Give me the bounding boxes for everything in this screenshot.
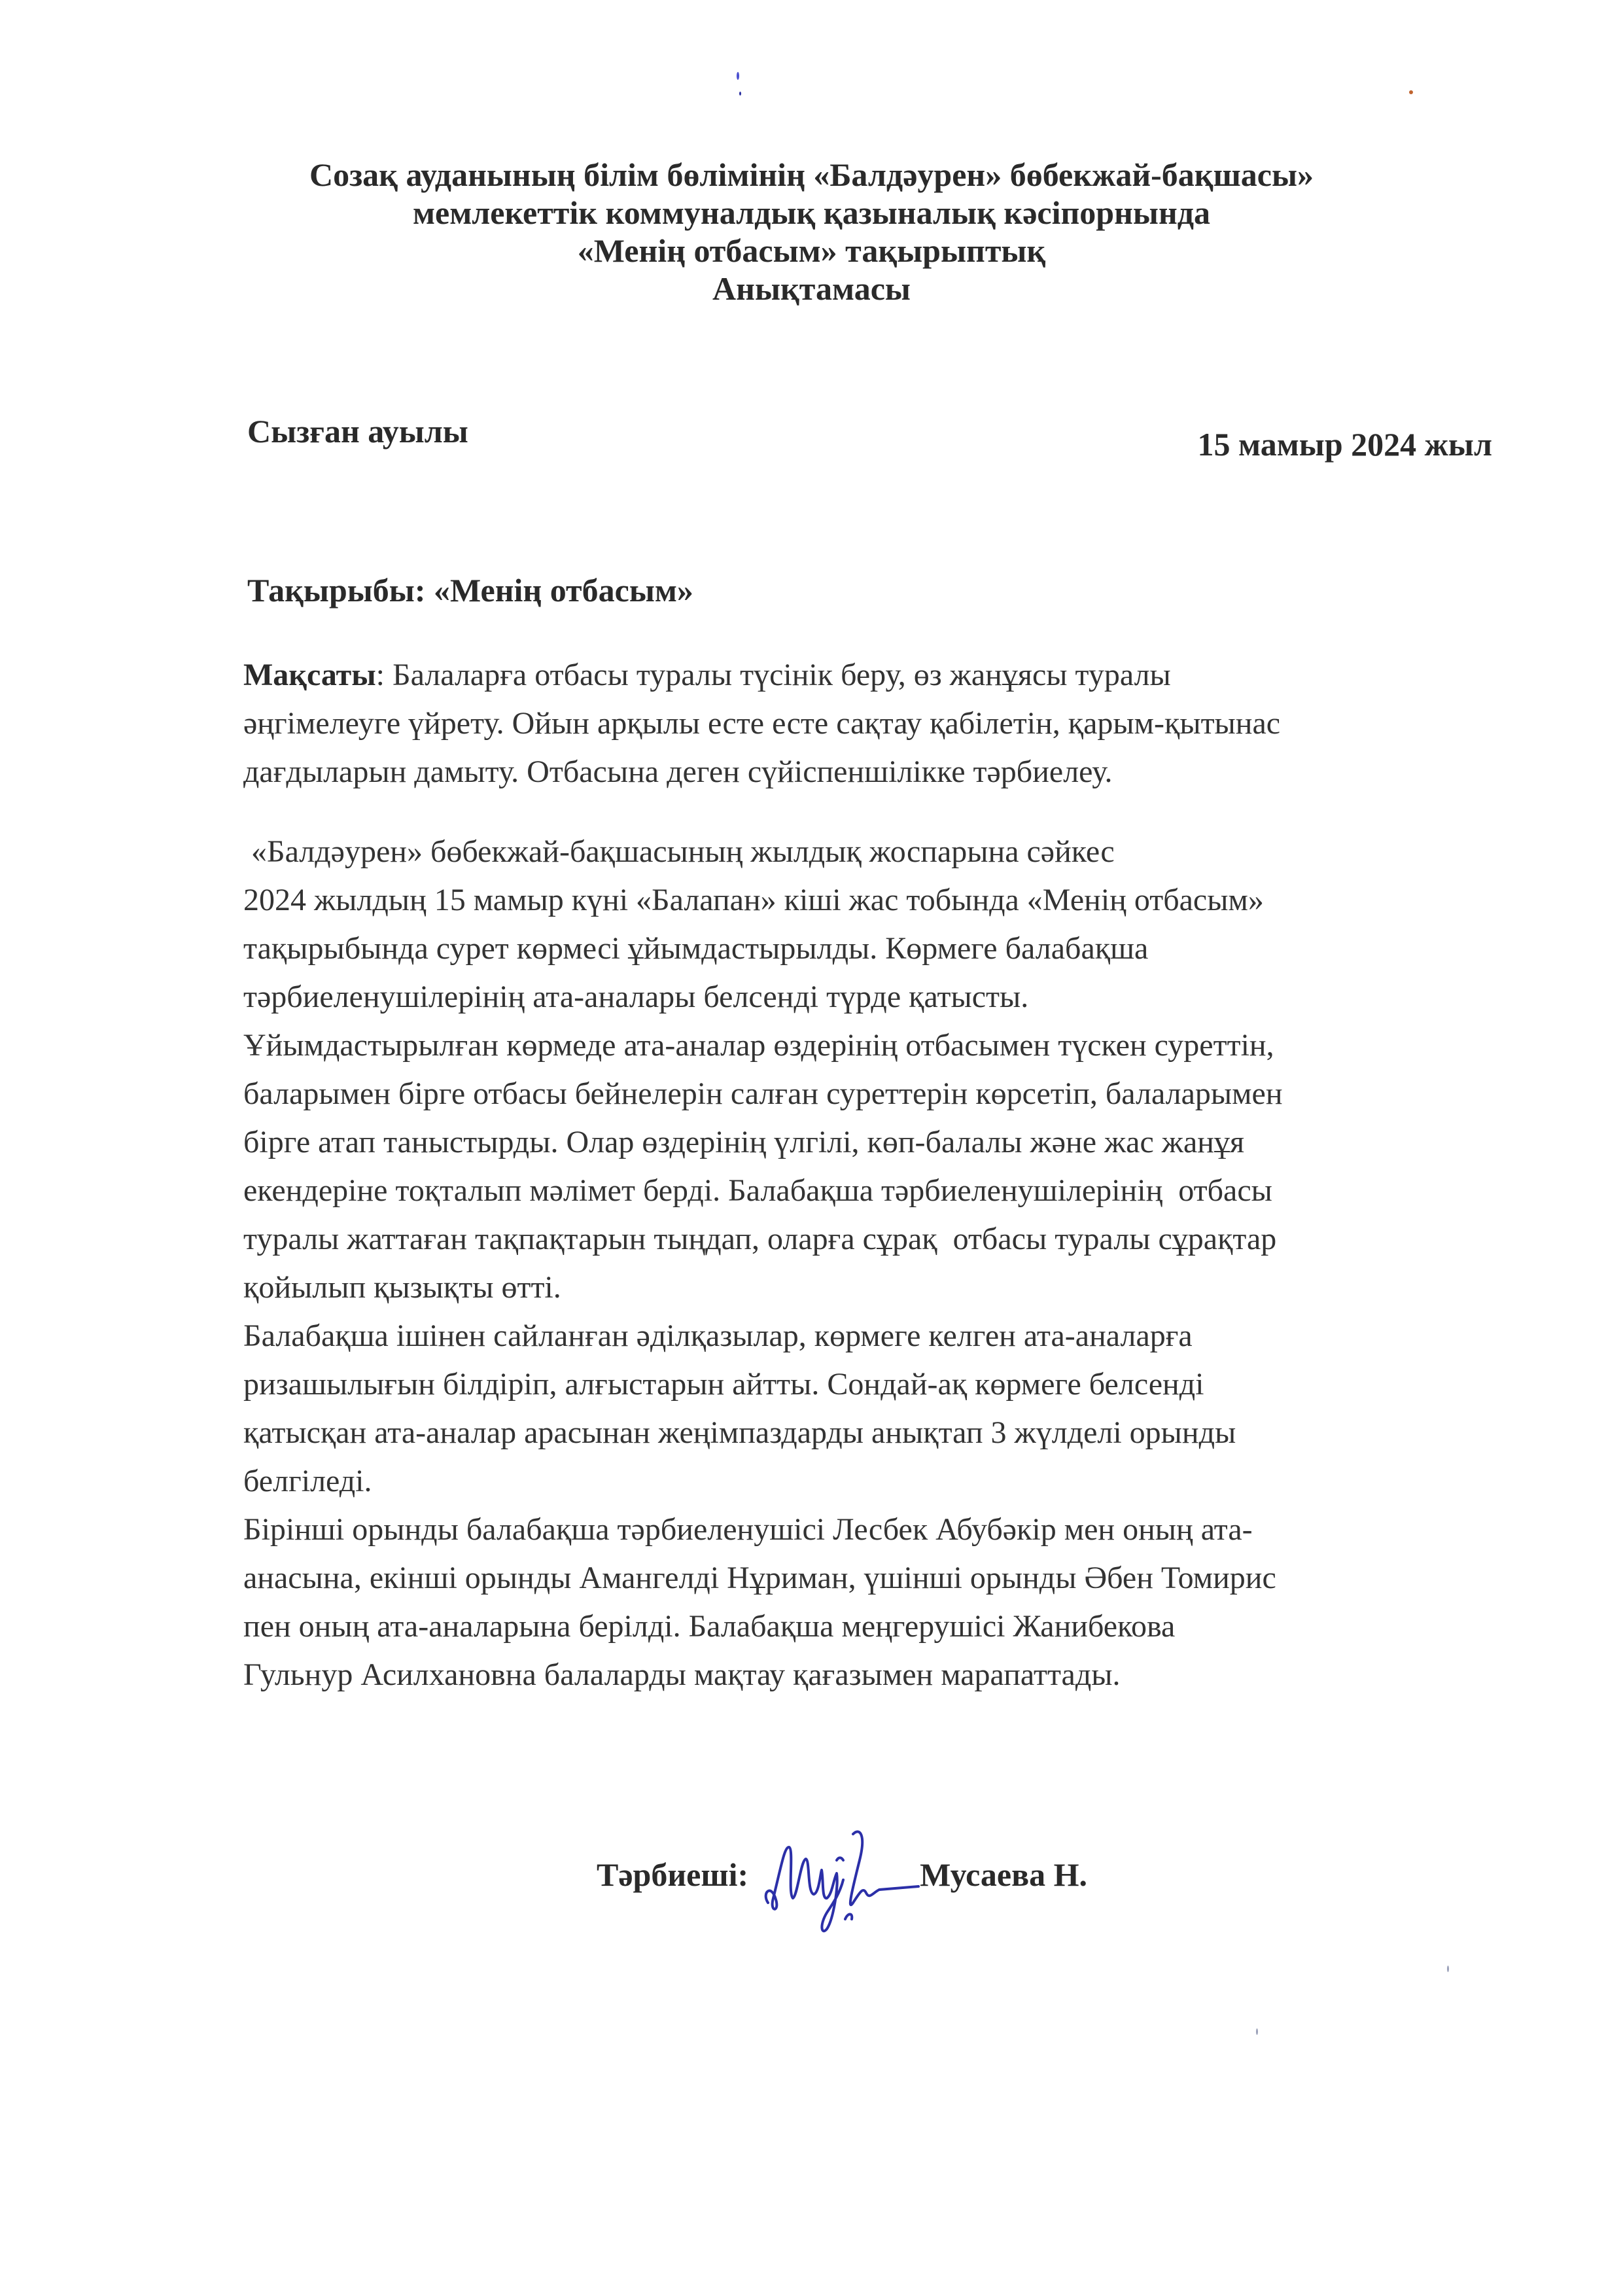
heading-line-organization: Созақ ауданының білім бөлімінің «Балдәур… <box>0 156 1623 194</box>
scan-speck <box>1447 1966 1449 1972</box>
educator-role-label: Тәрбиеші: <box>597 1856 748 1894</box>
report-line: 2024 жылдың 15 мамыр күні «Балапан» кіші… <box>243 876 1526 925</box>
heading-line-topic: «Менің отбасым» тақырыптық <box>0 232 1623 270</box>
report-line: Бірінші орынды балабақша тәрбиеленушісі … <box>243 1506 1526 1554</box>
signature-block: Тәрбиеші: Мусаева Н. <box>597 1835 1087 1914</box>
report-line: туралы жаттаған тақпақтарын тыңдап, олар… <box>243 1215 1526 1263</box>
goal-text: : Балаларға отбасы туралы түсінік беру, … <box>376 658 1171 692</box>
document-page: Созақ ауданының білім бөлімінің «Балдәур… <box>0 0 1623 2296</box>
report-line: екендеріне тоқталып мәлімет берді. Балаб… <box>243 1167 1526 1215</box>
date-label: 15 мамыр 2024 жыл <box>1198 425 1492 463</box>
place-label: Сызған ауылы <box>247 412 468 450</box>
report-line: Ұйымдастырылған көрмеде ата-аналар өздер… <box>243 1021 1526 1070</box>
topic-title: Тақырыбы: «Менің отбасым» <box>247 571 693 609</box>
report-line: қатысқан ата-аналар арасынан жеңімпаздар… <box>243 1409 1526 1457</box>
scan-speck <box>1409 90 1413 94</box>
report-line: бірге атап таныстырды. Олар өздерінің үл… <box>243 1118 1526 1167</box>
goal-paragraph: Мақсаты: Балаларға отбасы туралы түсінік… <box>243 651 1526 796</box>
report-line: тәрбиеленушілерінің ата-аналары белсенді… <box>243 973 1526 1021</box>
report-line: ризашылығын білдіріп, алғыстарын айтты. … <box>243 1360 1526 1409</box>
report-line: тақырыбында сурет көрмесі ұйымдастырылды… <box>243 925 1526 973</box>
report-line: «Балдәурен» бөбекжай-бақшасының жылдық ж… <box>243 828 1526 876</box>
report-line: пен оның ата-аналарына берілді. Балабақш… <box>243 1602 1526 1651</box>
educator-name: Мусаева Н. <box>920 1856 1087 1894</box>
report-line: анасына, екінші орынды Амангелді Нұриман… <box>243 1554 1526 1602</box>
scan-speck <box>739 92 741 96</box>
report-line: баларымен бірге отбасы бейнелерін салған… <box>243 1070 1526 1118</box>
heading-line-enterprise: мемлекеттік коммуналдық қазыналық кәсіпо… <box>0 194 1623 232</box>
goal-line: әңгімелеуге үйрету. Ойын арқылы есте ест… <box>243 699 1526 748</box>
report-line: белгіледі. <box>243 1457 1526 1506</box>
scan-speck <box>737 72 739 80</box>
goal-label: Мақсаты <box>243 658 376 692</box>
document-heading: Созақ ауданының білім бөлімінің «Балдәур… <box>0 156 1623 308</box>
report-line: Гульнур Асилхановна балаларды мақтау қағ… <box>243 1651 1526 1699</box>
heading-line-doc-type: Анықтамасы <box>0 270 1623 308</box>
report-line: Балабақша ішінен сайланған әділқазылар, … <box>243 1312 1526 1360</box>
goal-line: Мақсаты: Балаларға отбасы туралы түсінік… <box>243 651 1526 699</box>
handwritten-signature-icon <box>761 1821 925 1939</box>
goal-line: дағдыларын дамыту. Отбасына деген сүйісп… <box>243 748 1526 796</box>
report-line: қойылып қызықты өтті. <box>243 1263 1526 1312</box>
scan-speck <box>1256 2028 1258 2035</box>
report-paragraph: «Балдәурен» бөбекжай-бақшасының жылдық ж… <box>243 828 1526 1699</box>
